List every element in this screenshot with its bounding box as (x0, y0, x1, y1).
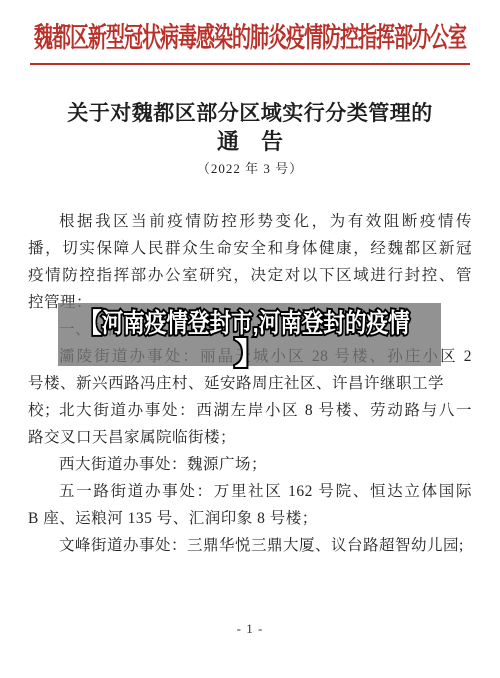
body-line: 西大街道办事处：魏源广场； (28, 451, 472, 478)
body-line: 路交叉口天昌家属院临街楼； (28, 424, 472, 451)
body-line: 播，切实保障人民群众生命安全和身体健康，经魏都区新冠 (28, 235, 472, 262)
body-line: 五一路街道办事处：万里社区 162 号院、恒达立体国际 (28, 478, 472, 505)
letterhead: 魏都区新型冠状病毒感染的肺炎疫情防控指挥部办公室 (0, 16, 500, 43)
doc-title-line2: 通 告 (0, 125, 500, 156)
letterhead-divider (30, 63, 470, 65)
letterhead-office-name: 魏都区新型冠状病毒感染的肺炎疫情防控指挥部办公室 (34, 16, 466, 55)
document-body: 根据我区当前疫情防控形势变化，为有效阻断疫情传 播，切实保障人民群众生命安全和身… (28, 208, 472, 559)
seo-overlay-box: 【河南疫情登封市,河南登封的疫情 【河南疫情登封市,河南登封的疫情 】 】 (58, 303, 441, 366)
body-line: 文峰街道办事处：三鼎华悦三鼎大厦、议台路超智幼儿园; (28, 532, 472, 559)
body-line: 北大街道办事处：西湖左岸小区 8 号楼、劳动路与八一 (28, 397, 472, 424)
overlay-text-line2: 】 】 (58, 329, 441, 373)
overlay-line2-fill: 】 (235, 329, 265, 373)
body-line: 疫情防控指挥部办公室研究，决定对以下区域进行封控、管 (28, 262, 472, 289)
document-page: 魏都区新型冠状病毒感染的肺炎疫情防控指挥部办公室 关于对魏都区部分区域实行分类管… (0, 0, 500, 678)
doc-title-line1: 关于对魏都区部分区域实行分类管理的 (0, 97, 500, 127)
body-line: 号楼、新兴西路冯庄村、延安路周庄社区、许昌许继职工学校； (28, 370, 472, 397)
page-number: - 1 - (0, 621, 500, 637)
doc-number: （2022 年 3 号） (0, 158, 500, 177)
body-line: B 座、运粮河 135 号、汇润印象 8 号楼； (28, 505, 472, 532)
body-line: 根据我区当前疫情防控形势变化，为有效阻断疫情传 (28, 208, 472, 235)
